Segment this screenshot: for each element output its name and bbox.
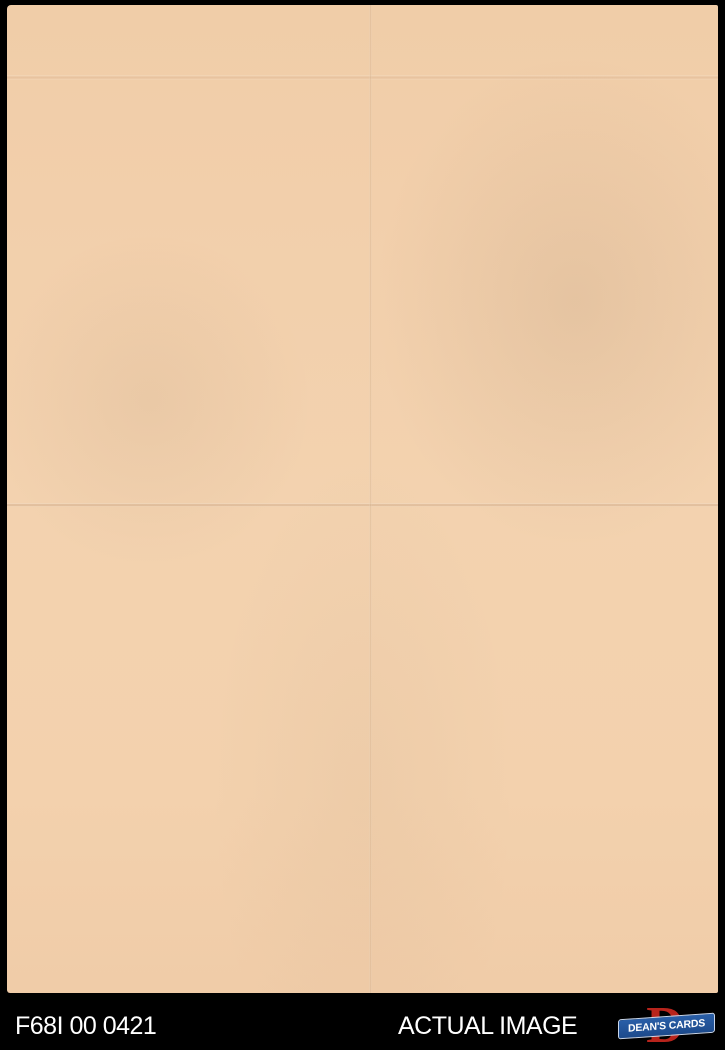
logo-banner: DEAN'S CARDS (618, 1013, 715, 1040)
card-id: F68I 00 0421 (15, 1012, 156, 1041)
horizontal-fold-line (7, 503, 718, 507)
actual-image-label: ACTUAL IMAGE (398, 1012, 577, 1041)
card-back-paper (7, 5, 718, 993)
vertical-fold-line (369, 5, 372, 993)
top-fold-line (7, 75, 718, 80)
deans-cards-logo: D DEAN'S CARDS (618, 1004, 713, 1048)
